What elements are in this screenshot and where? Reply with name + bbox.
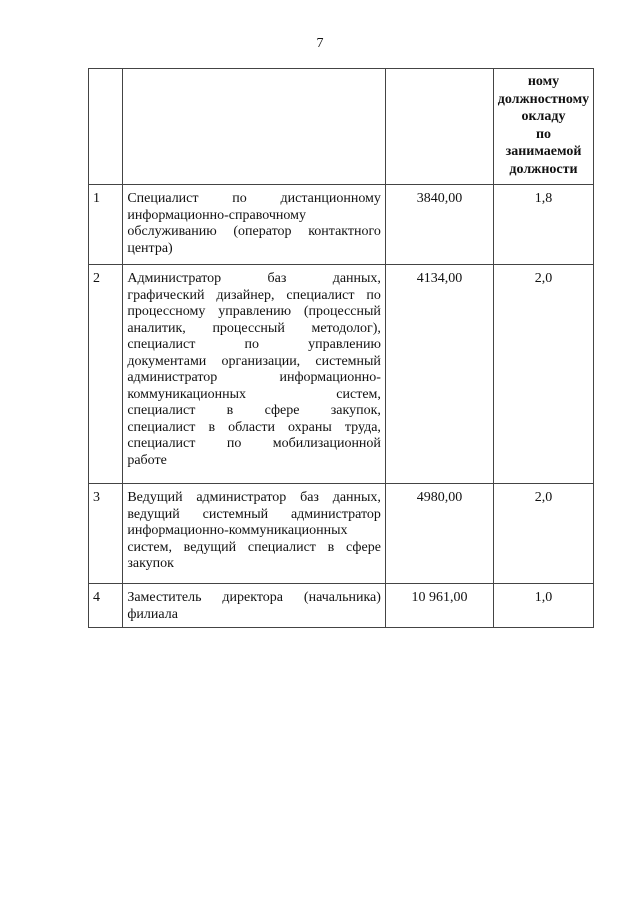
- coefficient-value: 1,0: [493, 584, 593, 628]
- text-line: филиала: [127, 607, 381, 624]
- salary-value: 4980,00: [385, 484, 493, 584]
- text-line: аналитик, процессный методолог),: [127, 321, 381, 338]
- header-cell-position: [123, 69, 386, 185]
- text-line: закупок: [127, 556, 381, 573]
- row-number: 3: [89, 484, 123, 584]
- position-title: Ведущий администратор баз данных, ведущи…: [123, 484, 386, 584]
- row-number: 2: [89, 265, 123, 484]
- text-line: специалист в сфере закупок,: [127, 403, 381, 420]
- text-line: графический дизайнер, специалист по: [127, 288, 381, 305]
- coefficient-value: 1,8: [493, 185, 593, 265]
- text-line: специалист по управлению: [127, 337, 381, 354]
- text-line: информационно-коммуникационных: [127, 523, 381, 540]
- position-title: Заместитель директора (начальника) филиа…: [123, 584, 386, 628]
- header-cell-number: [89, 69, 123, 185]
- text-line: процессному управлению (процессный: [127, 304, 381, 321]
- text-line: информационно-справочному: [127, 208, 381, 225]
- coefficient-value: 2,0: [493, 265, 593, 484]
- salary-table: ному должностному окладу по занимаемой д…: [88, 68, 594, 628]
- table-row: 1 Специалист по дистанционному информаци…: [89, 185, 594, 265]
- text-line: Ведущий администратор баз данных,: [127, 490, 381, 507]
- row-number: 1: [89, 185, 123, 265]
- position-title: Администратор баз данных, графический ди…: [123, 265, 386, 484]
- header-line: ному: [495, 73, 592, 91]
- position-title: Специалист по дистанционному информацион…: [123, 185, 386, 265]
- text-line: Администратор баз данных,: [127, 271, 381, 288]
- coefficient-value: 2,0: [493, 484, 593, 584]
- text-line: Специалист по дистанционному: [127, 191, 381, 208]
- header-line: окладу: [495, 108, 592, 126]
- text-line: коммуникационных систем,: [127, 387, 381, 404]
- text-line: специалист в области охраны труда,: [127, 420, 381, 437]
- text-line: работе: [127, 453, 381, 470]
- header-line: должностному: [495, 91, 592, 109]
- row-number: 4: [89, 584, 123, 628]
- header-line: занимаемой: [495, 143, 592, 161]
- text-line: систем, ведущий специалист в сфере: [127, 540, 381, 557]
- text-line: документами организации, системный: [127, 354, 381, 371]
- text-line: администратор информационно-: [127, 370, 381, 387]
- text-line: Заместитель директора (начальника): [127, 590, 381, 607]
- table-row: 4 Заместитель директора (начальника) фил…: [89, 584, 594, 628]
- header-cell-salary: [385, 69, 493, 185]
- text-line: центра): [127, 241, 381, 258]
- text-line: обслуживанию (оператор контактного: [127, 224, 381, 241]
- text-line: специалист по мобилизационной: [127, 436, 381, 453]
- text-line: ведущий системный администратор: [127, 507, 381, 524]
- header-line: по: [495, 126, 592, 144]
- salary-value: 4134,00: [385, 265, 493, 484]
- table-row: 2 Администратор баз данных, графический …: [89, 265, 594, 484]
- table-row: 3 Ведущий администратор баз данных, веду…: [89, 484, 594, 584]
- page-number: 7: [0, 36, 640, 52]
- header-line: должности: [495, 161, 592, 179]
- salary-value: 10 961,00: [385, 584, 493, 628]
- header-cell-coefficient: ному должностному окладу по занимаемой д…: [493, 69, 593, 185]
- table-header-row: ному должностному окладу по занимаемой д…: [89, 69, 594, 185]
- salary-value: 3840,00: [385, 185, 493, 265]
